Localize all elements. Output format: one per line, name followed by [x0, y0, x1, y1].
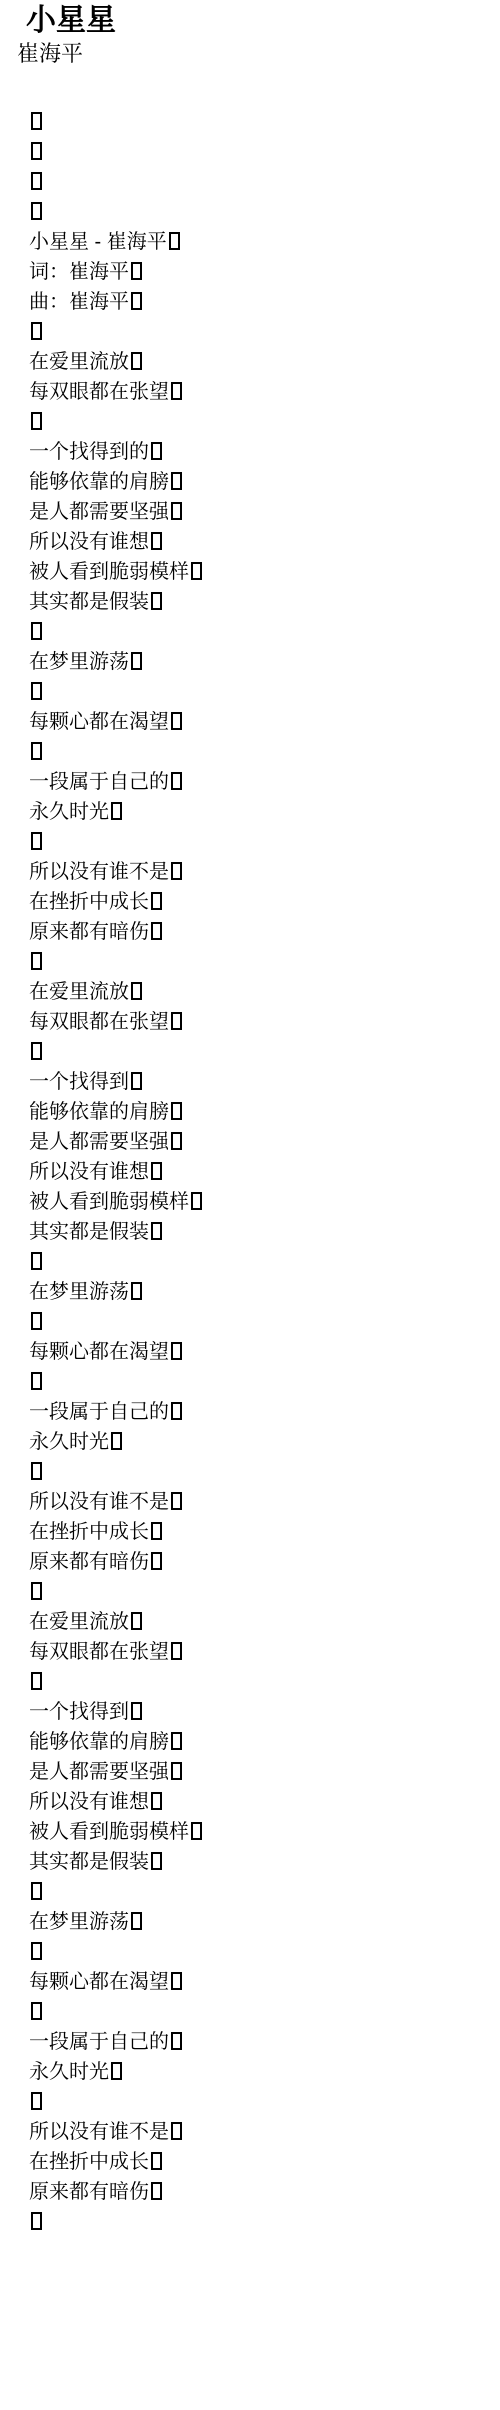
missing-glyph-box — [151, 592, 162, 610]
missing-glyph-box — [151, 2182, 162, 2200]
missing-glyph-box — [31, 2002, 42, 2020]
missing-glyph-box — [171, 1642, 182, 1660]
missing-glyph-box — [31, 1672, 42, 1690]
lyric-text: 永久时光 — [29, 2061, 109, 2083]
missing-glyph-box — [111, 2062, 122, 2080]
lyric-line: 在挫折中成长 — [29, 887, 500, 917]
lyric-line: 永久时光 — [29, 2057, 500, 2087]
song-title: 小星星 — [26, 3, 500, 39]
lyric-line — [29, 2207, 500, 2237]
lyric-text: 是人都需要坚强 — [29, 1761, 169, 1783]
lyrics-page: 小星星 崔海平 小星星 - 崔海平词：崔海平曲：崔海平在爱里流放每双眼都在张望一… — [0, 3, 500, 2237]
lyric-line — [29, 1307, 500, 1337]
missing-glyph-box — [151, 1162, 162, 1180]
lyric-text: 一个找得到的 — [29, 441, 149, 463]
artist-name: 崔海平 — [17, 41, 500, 67]
lyric-line: 一段属于自己的 — [29, 1397, 500, 1427]
lyric-line: 所以没有谁不是 — [29, 857, 500, 887]
lyric-line: 每双眼都在张望 — [29, 1007, 500, 1037]
missing-glyph-box — [171, 772, 182, 790]
lyric-text: 是人都需要坚强 — [29, 1131, 169, 1153]
lyric-line: 原来都有暗伤 — [29, 917, 500, 947]
missing-glyph-box — [31, 172, 42, 190]
lyric-text: 每双眼都在张望 — [29, 1641, 169, 1663]
lyric-text: 每颗心都在渴望 — [29, 1971, 169, 1993]
lyric-text: 永久时光 — [29, 801, 109, 823]
missing-glyph-box — [151, 1552, 162, 1570]
lyric-line: 每颗心都在渴望 — [29, 707, 500, 737]
lyric-line — [29, 1457, 500, 1487]
lyric-line: 小星星 - 崔海平 — [29, 227, 500, 257]
missing-glyph-box — [31, 2212, 42, 2230]
lyric-line — [29, 617, 500, 647]
lyric-text: 所以没有谁想 — [29, 1161, 149, 1183]
lyric-line: 永久时光 — [29, 797, 500, 827]
lyric-line: 一段属于自己的 — [29, 2027, 500, 2057]
lyric-text: 永久时光 — [29, 1431, 109, 1453]
lyric-line: 原来都有暗伤 — [29, 2177, 500, 2207]
lyric-line: 其实都是假装 — [29, 1847, 500, 1877]
missing-glyph-box — [111, 802, 122, 820]
missing-glyph-box — [151, 532, 162, 550]
lyric-text: 每颗心都在渴望 — [29, 711, 169, 733]
lyric-line — [29, 197, 500, 227]
lyric-text: 小星星 - 崔海平 — [29, 231, 167, 253]
lyric-line — [29, 2087, 500, 2117]
missing-glyph-box — [31, 322, 42, 340]
lyric-text: 能够依靠的肩膀 — [29, 471, 169, 493]
missing-glyph-box — [31, 1252, 42, 1270]
missing-glyph-box — [31, 952, 42, 970]
missing-glyph-box — [31, 2092, 42, 2110]
lyric-line — [29, 1997, 500, 2027]
missing-glyph-box — [171, 382, 182, 400]
lyric-text: 在梦里游荡 — [29, 1911, 129, 1933]
missing-glyph-box — [171, 1402, 182, 1420]
missing-glyph-box — [171, 1732, 182, 1750]
missing-glyph-box — [171, 1492, 182, 1510]
missing-glyph-box — [171, 2122, 182, 2140]
lyric-line: 每颗心都在渴望 — [29, 1337, 500, 1367]
missing-glyph-box — [131, 652, 142, 670]
lyric-line: 每双眼都在张望 — [29, 1637, 500, 1667]
missing-glyph-box — [131, 1612, 142, 1630]
lyric-line: 在梦里游荡 — [29, 1907, 500, 1937]
lyric-line: 被人看到脆弱模样 — [29, 1817, 500, 1847]
lyric-text: 每颗心都在渴望 — [29, 1341, 169, 1363]
missing-glyph-box — [31, 1462, 42, 1480]
lyric-line — [29, 677, 500, 707]
missing-glyph-box — [151, 1792, 162, 1810]
lyric-line — [29, 1247, 500, 1277]
missing-glyph-box — [171, 472, 182, 490]
lyric-line: 能够依靠的肩膀 — [29, 467, 500, 497]
lyric-text: 能够依靠的肩膀 — [29, 1731, 169, 1753]
lyric-text: 一段属于自己的 — [29, 2031, 169, 2053]
missing-glyph-box — [31, 832, 42, 850]
missing-glyph-box — [171, 2032, 182, 2050]
missing-glyph-box — [111, 1432, 122, 1450]
missing-glyph-box — [131, 1912, 142, 1930]
missing-glyph-box — [31, 1582, 42, 1600]
lyric-line: 所以没有谁想 — [29, 1787, 500, 1817]
lyric-line: 被人看到脆弱模样 — [29, 1187, 500, 1217]
lyric-text: 每双眼都在张望 — [29, 381, 169, 403]
missing-glyph-box — [191, 1822, 202, 1840]
lyric-text: 原来都有暗伤 — [29, 2181, 149, 2203]
missing-glyph-box — [31, 1042, 42, 1060]
lyric-text: 所以没有谁不是 — [29, 861, 169, 883]
lyric-line: 能够依靠的肩膀 — [29, 1727, 500, 1757]
lyric-line — [29, 947, 500, 977]
lyric-text: 在爱里流放 — [29, 981, 129, 1003]
lyric-line: 一段属于自己的 — [29, 767, 500, 797]
lyric-text: 其实都是假装 — [29, 591, 149, 613]
missing-glyph-box — [31, 682, 42, 700]
missing-glyph-box — [171, 502, 182, 520]
missing-glyph-box — [31, 112, 42, 130]
lyric-line: 一个找得到 — [29, 1697, 500, 1727]
lyric-line — [29, 1037, 500, 1067]
missing-glyph-box — [31, 742, 42, 760]
lyric-text: 在梦里游荡 — [29, 1281, 129, 1303]
lyric-line — [29, 107, 500, 137]
lyric-line — [29, 407, 500, 437]
lyric-line — [29, 1667, 500, 1697]
missing-glyph-box — [171, 1762, 182, 1780]
missing-glyph-box — [151, 922, 162, 940]
missing-glyph-box — [31, 412, 42, 430]
lyric-text: 一个找得到 — [29, 1071, 129, 1093]
lyric-line: 其实都是假装 — [29, 1217, 500, 1247]
lyric-text: 所以没有谁想 — [29, 531, 149, 553]
lyric-text: 被人看到脆弱模样 — [29, 561, 189, 583]
missing-glyph-box — [131, 292, 142, 310]
lyric-line: 在梦里游荡 — [29, 1277, 500, 1307]
lyric-text: 是人都需要坚强 — [29, 501, 169, 523]
lyric-text: 所以没有谁想 — [29, 1791, 149, 1813]
missing-glyph-box — [31, 142, 42, 160]
missing-glyph-box — [171, 1012, 182, 1030]
missing-glyph-box — [171, 1972, 182, 1990]
missing-glyph-box — [171, 712, 182, 730]
missing-glyph-box — [31, 1942, 42, 1960]
lyric-line: 是人都需要坚强 — [29, 1127, 500, 1157]
lyric-text: 其实都是假装 — [29, 1221, 149, 1243]
lyric-line: 被人看到脆弱模样 — [29, 557, 500, 587]
lyric-line: 一个找得到 — [29, 1067, 500, 1097]
missing-glyph-box — [169, 232, 180, 250]
missing-glyph-box — [151, 2152, 162, 2170]
lyric-line: 原来都有暗伤 — [29, 1547, 500, 1577]
lyric-line: 其实都是假装 — [29, 587, 500, 617]
lyric-text: 所以没有谁不是 — [29, 1491, 169, 1513]
lyric-line: 所以没有谁不是 — [29, 2117, 500, 2147]
missing-glyph-box — [171, 862, 182, 880]
lyric-text: 其实都是假装 — [29, 1851, 149, 1873]
lyric-line: 在挫折中成长 — [29, 2147, 500, 2177]
lyric-line: 词：崔海平 — [29, 257, 500, 287]
lyric-line: 所以没有谁想 — [29, 1157, 500, 1187]
missing-glyph-box — [31, 622, 42, 640]
missing-glyph-box — [31, 1372, 42, 1390]
lyric-text: 能够依靠的肩膀 — [29, 1101, 169, 1123]
missing-glyph-box — [151, 1522, 162, 1540]
lyric-line — [29, 137, 500, 167]
lyric-text: 在爱里流放 — [29, 1611, 129, 1633]
missing-glyph-box — [191, 1192, 202, 1210]
missing-glyph-box — [171, 1132, 182, 1150]
lyric-text: 一段属于自己的 — [29, 771, 169, 793]
lyric-line: 在爱里流放 — [29, 977, 500, 1007]
lyrics-block: 小星星 - 崔海平词：崔海平曲：崔海平在爱里流放每双眼都在张望一个找得到的能够依… — [29, 107, 500, 2237]
missing-glyph-box — [131, 1072, 142, 1090]
lyric-text: 在爱里流放 — [29, 351, 129, 373]
lyric-text: 在挫折中成长 — [29, 1521, 149, 1543]
lyric-text: 每双眼都在张望 — [29, 1011, 169, 1033]
lyric-line: 曲：崔海平 — [29, 287, 500, 317]
lyric-text: 一个找得到 — [29, 1701, 129, 1723]
lyric-line — [29, 827, 500, 857]
lyric-text: 被人看到脆弱模样 — [29, 1821, 189, 1843]
lyric-line: 是人都需要坚强 — [29, 497, 500, 527]
missing-glyph-box — [131, 262, 142, 280]
lyric-line: 每双眼都在张望 — [29, 377, 500, 407]
lyric-line: 永久时光 — [29, 1427, 500, 1457]
lyric-text: 词：崔海平 — [29, 261, 129, 283]
missing-glyph-box — [31, 202, 42, 220]
missing-glyph-box — [151, 1222, 162, 1240]
lyric-line: 所以没有谁想 — [29, 527, 500, 557]
missing-glyph-box — [31, 1312, 42, 1330]
missing-glyph-box — [131, 1282, 142, 1300]
missing-glyph-box — [131, 1702, 142, 1720]
lyric-line — [29, 167, 500, 197]
missing-glyph-box — [191, 562, 202, 580]
lyric-line — [29, 1577, 500, 1607]
lyric-line: 一个找得到的 — [29, 437, 500, 467]
lyric-text: 所以没有谁不是 — [29, 2121, 169, 2143]
lyric-line — [29, 1367, 500, 1397]
lyric-line: 是人都需要坚强 — [29, 1757, 500, 1787]
missing-glyph-box — [151, 442, 162, 460]
lyric-line: 在梦里游荡 — [29, 647, 500, 677]
lyric-text: 被人看到脆弱模样 — [29, 1191, 189, 1213]
missing-glyph-box — [131, 982, 142, 1000]
lyric-line — [29, 737, 500, 767]
lyric-text: 原来都有暗伤 — [29, 1551, 149, 1573]
lyric-line: 每颗心都在渴望 — [29, 1967, 500, 1997]
missing-glyph-box — [171, 1342, 182, 1360]
lyric-line: 在爱里流放 — [29, 1607, 500, 1637]
lyric-line — [29, 317, 500, 347]
missing-glyph-box — [171, 1102, 182, 1120]
missing-glyph-box — [131, 352, 142, 370]
lyric-text: 一段属于自己的 — [29, 1401, 169, 1423]
lyric-text: 原来都有暗伤 — [29, 921, 149, 943]
lyric-line: 能够依靠的肩膀 — [29, 1097, 500, 1127]
lyric-line: 在爱里流放 — [29, 347, 500, 377]
missing-glyph-box — [151, 892, 162, 910]
lyric-text: 在挫折中成长 — [29, 891, 149, 913]
lyric-text: 在梦里游荡 — [29, 651, 129, 673]
lyric-line — [29, 1877, 500, 1907]
lyric-line: 所以没有谁不是 — [29, 1487, 500, 1517]
lyric-text: 在挫折中成长 — [29, 2151, 149, 2173]
lyric-line — [29, 1937, 500, 1967]
missing-glyph-box — [151, 1852, 162, 1870]
missing-glyph-box — [31, 1882, 42, 1900]
lyric-line: 在挫折中成长 — [29, 1517, 500, 1547]
lyric-text: 曲：崔海平 — [29, 291, 129, 313]
